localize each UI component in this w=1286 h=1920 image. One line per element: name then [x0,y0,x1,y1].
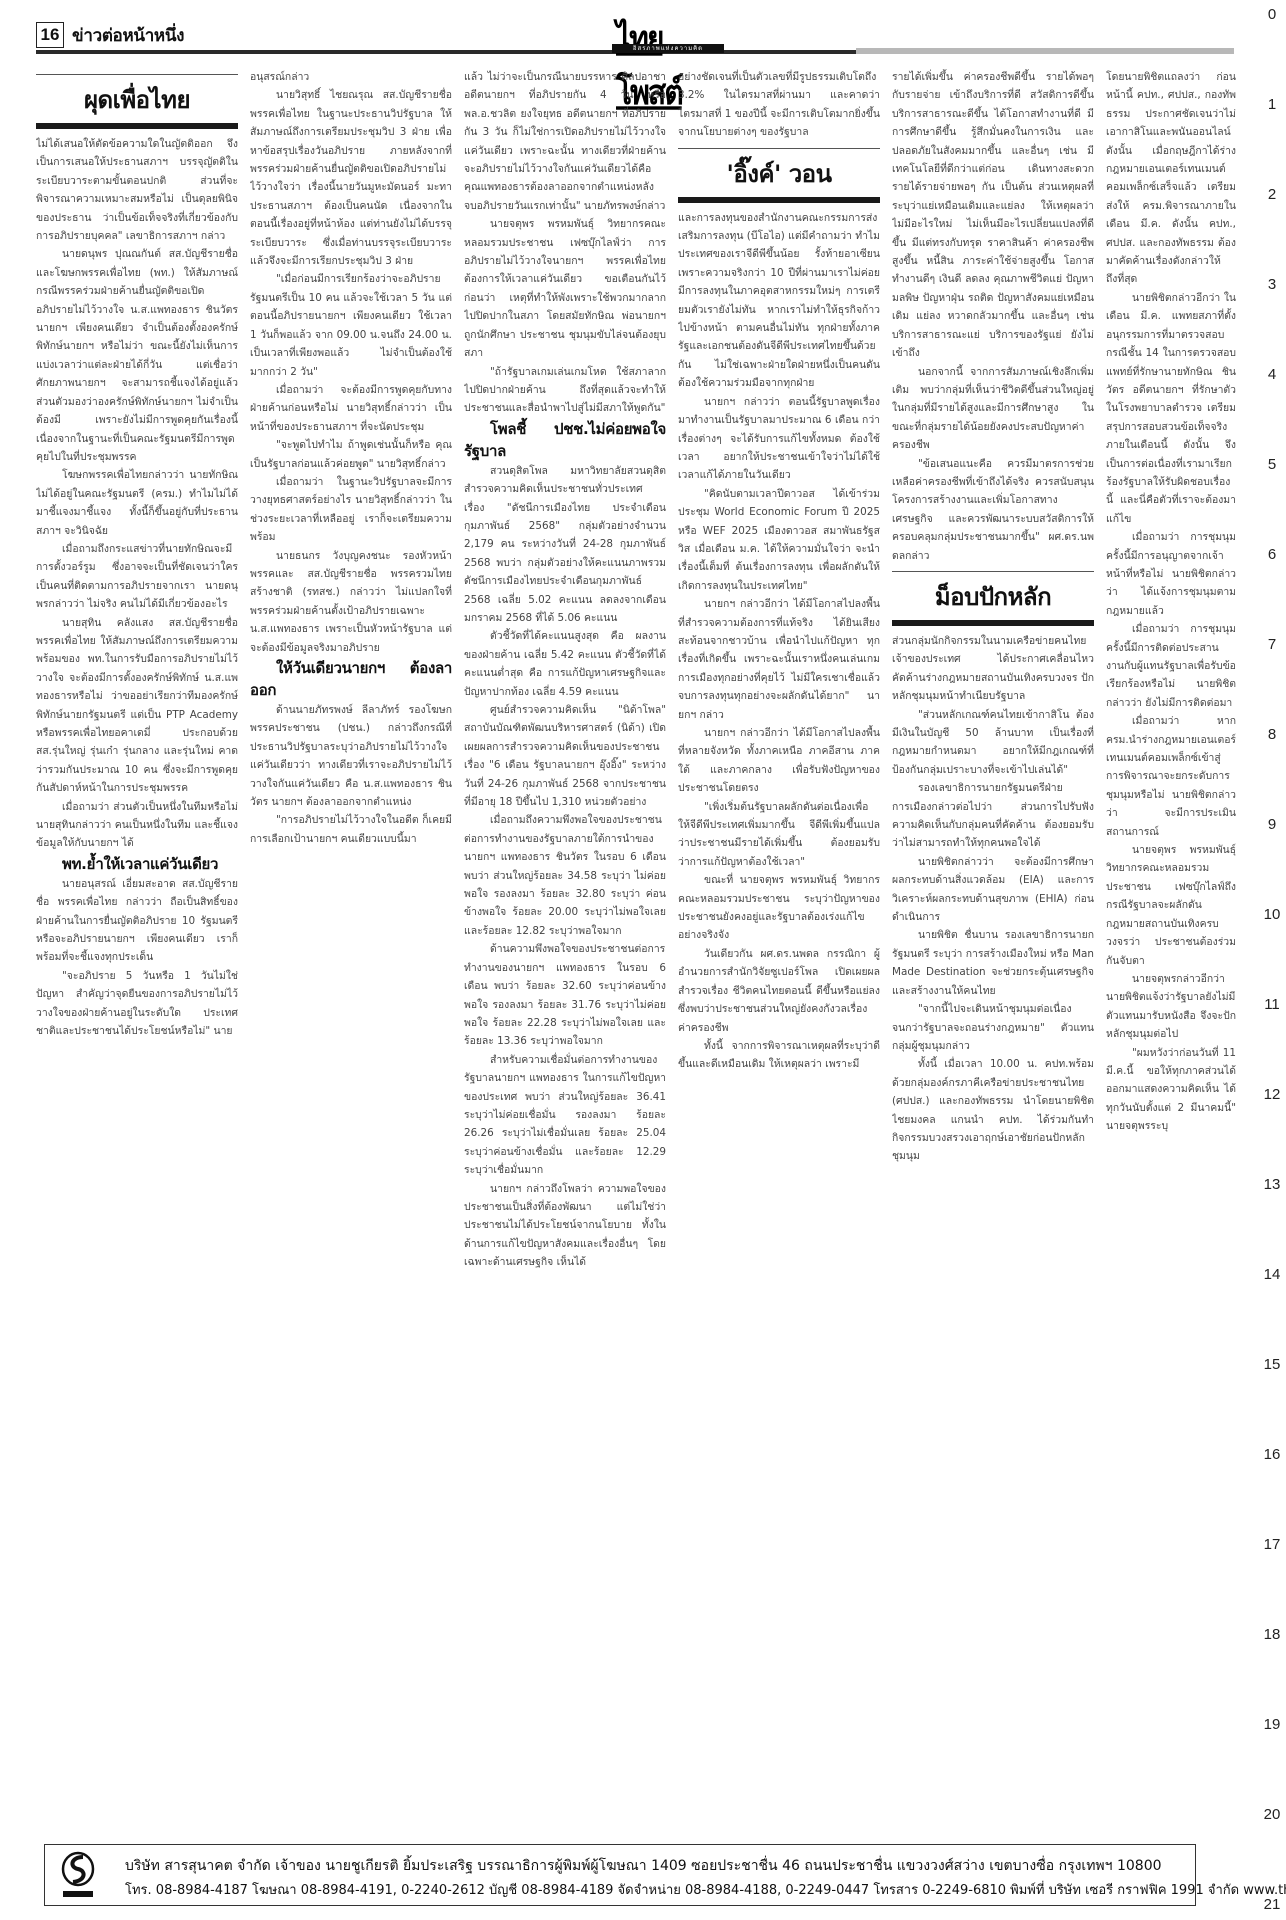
paragraph: สำหรับความเชื่อมั่นต่อการทำงานของรัฐบาลน… [464,1051,666,1180]
paragraph: เมื่อถามว่า ส่วนตัวเป็นหนึ่งในทีมหรือไม่… [36,798,238,853]
paragraph: "จะพูดไปทำไม ถ้าพูดเช่นนั้นก็หรือ คุณเป็… [250,436,452,473]
ruler-mark: 19 [1262,1716,1282,1733]
paragraph: เมื่อถามถึงกระแสข่าวที่นายทักษิณจะมีการต… [36,540,238,614]
paragraph: "เมื่อก่อนมีการเรียกร้องว่าจะอภิปรายรัฐม… [250,270,452,380]
paragraph: "ส่วนหลักเกณฑ์คนไทยเข้ากาสิโน ต้องมีเงิน… [892,706,1094,780]
ruler-mark: 9 [1262,816,1282,833]
paragraph: นายพิชิตกล่าวอีกว่า ในเดือน มี.ค. แพทยสภ… [1106,289,1236,528]
paragraph: "ถ้ารัฐบาลเกมเล่นเกมโหด ใช้สภาลากไปปิดปา… [464,363,666,418]
paragraph: อนุสรณ์กล่าว [250,68,452,86]
paragraph: อย่างชัดเจนที่เป็นตัวเลขที่มีรูปธรรมเติบ… [678,68,880,142]
kicker-box: 'อิ๊งค์' วอน [678,148,880,203]
imprint-box: บริษัท สารสุนาคต จำกัด เจ้าของ นายชูเกีย… [44,1844,1196,1906]
paragraph: นายจตุพรกล่าวอีกว่า นายพิชิตแจ้งว่ารัฐบา… [1106,970,1236,1044]
paragraph: "ผมหวังว่าก่อนวันที่ 11 มี.ค.นี้ ขอให้ทุ… [1106,1044,1236,1136]
paragraph: เมื่อถามว่า การชุมนุมครั้งนี้มีการอนุญาต… [1106,528,1236,620]
kicker-headline: ผุดเพื่อไทย [36,75,238,123]
ruler-mark: 4 [1262,366,1282,383]
kicker-rule-bottom [892,620,1094,626]
paragraph: ตัวชี้วัดที่ได้คะแนนสูงสุด คือ ผลงานของฝ… [464,627,666,701]
paragraph: "คิดนับตามเวลาปีดาวอส ได้เข้าร่วมประชุม … [678,485,880,595]
paragraph: "จะอภิปราย 5 วันหรือ 1 วันไม่ใช่ปัญหา สำ… [36,967,238,1041]
imprint-publisher: บริษัท สารสุนาคต จำกัด เจ้าของ นายชูเกีย… [125,1855,1162,1877]
paragraph: ศูนย์สำรวจความคิดเห็น "นิด้าโพล" สถาบันบ… [464,701,666,811]
paragraph: นายสุทิน คลังแสง สส.บัญชีรายชื่อ พรรคเพื… [36,614,238,798]
paragraph: เมื่อถามว่า หาก ครม.นำร่างกฎหมายเอนเตอร์… [1106,712,1236,841]
paragraph: สวนดุสิตโพล มหาวิทยาลัยสวนดุสิต สำรวจควา… [464,462,666,628]
paragraph: ทั้งนี้ จากการพิจารณาเหตุผลที่ระบุว่าดีข… [678,1037,880,1074]
paragraph: "การอภิปรายไม่ไว้วางใจในอดีต ก็เคยมีการเ… [250,811,452,848]
ruler-mark: 7 [1262,636,1282,653]
paragraph: นายพิชิต ชื่นบาน รองเลขาธิการนายกรัฐมนตร… [892,926,1094,1000]
paragraph: และการลงทุนของสำนักงานคณะกรรมการส่งเสริม… [678,209,880,393]
header-rule-accent [856,48,1234,54]
paragraph: เมื่อถามว่า ในฐานะวิปรัฐบาลจะมีการวางยุท… [250,473,452,547]
page-number: 16 [36,22,64,48]
logo-tagline: อิสรภาพแห่งความคิด [612,44,724,53]
paragraph: รายได้เพิ่มขึ้น ค่าครองชีพดีขึ้น รายได้พ… [892,68,1094,363]
ruler-mark: 12 [1262,1086,1282,1103]
kicker-rule-bottom [36,123,238,129]
ruler-mark: 8 [1262,726,1282,743]
imprint-contacts: โทร. 08-8984-4187 โฆษณา 08-8984-4191, 0-… [125,1879,1286,1900]
ruler-mark: 6 [1262,546,1282,563]
ruler-mark: 14 [1262,1266,1282,1283]
ruler-mark: 10 [1262,906,1282,923]
paragraph: ส่วนกลุ่มนักกิจกรรมในนามเครือข่ายคนไทยเจ… [892,632,1094,706]
ruler-mark: 0 [1262,6,1282,23]
section-title: ข่าวต่อหน้าหนึ่ง [72,22,184,49]
column-5: รายได้เพิ่มขึ้น ค่าครองชีพดีขึ้น รายได้พ… [892,68,1094,1828]
paragraph: นายจตุพร พรหมพันธุ์ วิทยากรคณะหลอมรวมประ… [464,215,666,362]
paragraph: นายดนุพร ปุณณกันต์ สส.บัญชีรายชื่อ และโฆ… [36,245,238,466]
subheading: พท.ย้ำให้เวลาแค่วันเดียว [36,853,238,875]
paragraph: ไม่ได้เสนอให้ตัดข้อความใดในญัตติออก จึงเ… [36,135,238,245]
ruler-mark: 2 [1262,186,1282,203]
subheading: ให้วันเดียวนายกฯ ต้องลาออก [250,657,452,701]
publisher-logo-icon [61,1851,95,1899]
paragraph: เมื่อถามว่า จะต้องมีการพูดคุยกับทางฝ่ายค… [250,381,452,436]
column-3: แล้ว ไม่ว่าจะเป็นกรณีนายบรรหาร ศิลปอาชา … [464,68,666,1828]
paragraph: ด้านนายภัทรพงษ์ ลีลาภัทร์ รองโฆษกพรรคประ… [250,701,452,811]
paragraph: นอกจากนี้ จากการสัมภาษณ์เชิงลึกเพิ่มเติม… [892,363,1094,455]
paragraph: "ข้อเสนอแนะคือ ควรมีมาตรการช่วยเหลือค่าค… [892,455,1094,565]
ruler-mark: 18 [1262,1626,1282,1643]
paragraph: นายธนกร วังบุญคงชนะ รองหัวหน้าพรรคและ สส… [250,547,452,657]
kicker-box: ม็อบปักหลัก [892,571,1094,626]
ruler-mark: 17 [1262,1536,1282,1553]
paragraph: นายจตุพร พรหมพันธุ์ วิทยากรคณะหลอมรวมประ… [1106,841,1236,970]
ruler-mark: 11 [1262,996,1282,1013]
paragraph: โฆษกพรรคเพื่อไทยกล่าวว่า นายทักษิณไม่ได้… [36,466,238,540]
kicker-box: ผุดเพื่อไทย [36,74,238,129]
newspaper-logo: ไทยโพสต์ อิสรภาพแห่งความคิด [612,12,724,52]
paragraph: โดยนายพิชิตแถลงว่า ก่อนหน้านี้ คปท., ศปป… [1106,68,1236,289]
column-2: อนุสรณ์กล่าว นายวิสุทธิ์ ไชยณรุณ สส.บัญช… [250,68,452,1828]
paragraph: นายกฯ กล่าวอีกว่า ได้มีโอกาสไปลงพื้นที่ส… [678,595,880,724]
kicker-headline: ม็อบปักหลัก [892,572,1094,620]
paragraph: แล้ว ไม่ว่าจะเป็นกรณีนายบรรหาร ศิลปอาชา … [464,68,666,215]
column-1: ผุดเพื่อไทย ไม่ได้เสนอให้ตัดข้อความใดในญ… [36,68,238,1828]
ruler-mark: 1 [1262,96,1282,113]
paragraph: "เพิ่งเริ่มต้นรัฐบาลผลักดันต่อเนื่องเพื่… [678,798,880,872]
column-6: โดยนายพิชิตแถลงว่า ก่อนหน้านี้ คปท., ศปป… [1106,68,1236,1828]
paragraph: เมื่อถามว่า การชุมนุมครั้งนี้มีการติดต่อ… [1106,620,1236,712]
paragraph: นายวิสุทธิ์ ไชยณรุณ สส.บัญชีรายชื่อ พรรค… [250,86,452,270]
paragraph: ทั้งนี้ เมื่อเวลา 10.00 น. คปท.พร้อมด้วย… [892,1055,1094,1165]
ruler-mark: 16 [1262,1446,1282,1463]
kicker-rule-bottom [678,197,880,203]
paragraph: นายพิชิตกล่าวว่า จะต้องมีการศึกษาผลกระทบ… [892,853,1094,927]
paragraph: รองเลขาธิการนายกรัฐมนตรีฝ่ายการเมืองกล่า… [892,779,1094,853]
paragraph: นายกฯ กล่าวว่า ตอนนี้รัฐบาลพูดเรื่องมาทำ… [678,393,880,485]
ruler-mark: 20 [1262,1806,1282,1823]
paragraph: นายกฯ กล่าวถึงโพลว่า ความพอใจของประชาชนเ… [464,1180,666,1272]
paragraph: "จากนี้ไปจะเดินหน้าชุมนุมต่อเนื่องจนกว่า… [892,1000,1094,1055]
ruler-mark: 3 [1262,276,1282,293]
paragraph: นายกฯ กล่าวอีกว่า ได้มีโอกาสไปลงพื้นที่ห… [678,724,880,798]
page-header: 16 ข่าวต่อหน้าหนึ่ง ไทยโพสต์ อิสรภาพแห่ง… [36,18,1234,60]
paragraph: เมื่อถามถึงความพึงพอใจของประชาชนต่อการทำ… [464,811,666,940]
kicker-headline: 'อิ๊งค์' วอน [678,149,880,197]
ruler-mark: 15 [1262,1356,1282,1373]
subheading: โพลชี้ ปชช.ไม่ค่อยพอใจรัฐบาล [464,418,666,462]
newspaper-page: 16 ข่าวต่อหน้าหนึ่ง ไทยโพสต์ อิสรภาพแห่ง… [0,0,1286,1920]
paragraph: วันเดียวกัน ผศ.ดร.นพดล กรรณิกา ผู้อำนวยก… [678,945,880,1037]
paragraph: นายอนุสรณ์ เอี่ยมสะอาด สส.บัญชีรายชื่อ พ… [36,875,238,967]
ruler-mark: 5 [1262,456,1282,473]
ruler-mark: 13 [1262,1176,1282,1193]
column-4: อย่างชัดเจนที่เป็นตัวเลขที่มีรูปธรรมเติบ… [678,68,880,1828]
paragraph: ด้านความพึงพอใจของประชาชนต่อการทำงานของน… [464,940,666,1050]
paragraph: ขณะที่ นายจตุพร พรหมพันธุ์ วิทยากรคณะหลอ… [678,871,880,945]
